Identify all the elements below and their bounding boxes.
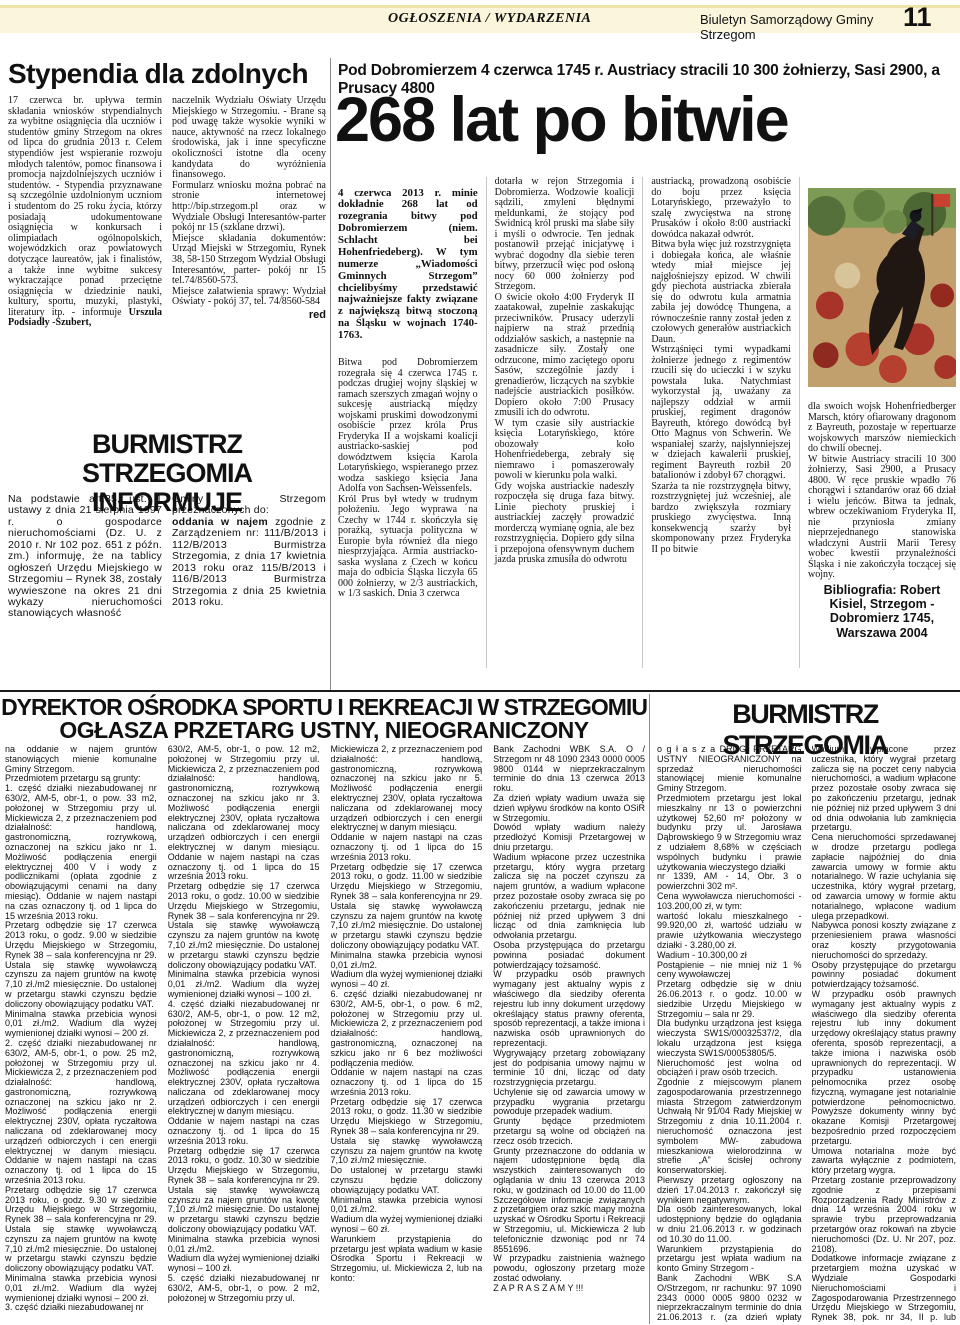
bi-col2-rest: zgodnie z Zarządzeniem nr: 111/B/2013 i … — [172, 516, 326, 608]
newspaper-page: { "header": { "section_label": "OGŁOSZEN… — [0, 0, 960, 1325]
osir-title-line2: OGŁASZA PRZETARG USTNY, NIEOGRANICZONY — [0, 717, 648, 744]
osir-column-4: Bank Zachodni WBK S.A. O / Strzegom nr 4… — [493, 745, 645, 1322]
bi-col2-bold: oddania w najem — [172, 516, 268, 528]
bitwa-column-1: 4 czerwca 2013 r. minie dokładnie 268 la… — [338, 177, 478, 668]
page-number: 11 — [903, 2, 932, 33]
bi-col2-intro: Gminy Strzegom przeznaczonych do: — [172, 494, 326, 516]
stypendia-column-2: naczelnik Wydziału Oświaty Urzędu Miejsk… — [172, 96, 326, 434]
stypendia-title: Stypendia dla zdolnych — [8, 58, 308, 90]
vertical-divider-bottom — [649, 694, 650, 1324]
burmistrz-auction-column-2: Wadium wpłacone przez uczestnika, który … — [812, 745, 957, 1322]
osir-column-2: 630/2, AM-5, obr-1, o pow. 12 m2, położo… — [168, 745, 320, 1322]
burmistrz-informuje-column-1: Na podstawie art.35, ust. 1 ustawy z dni… — [8, 494, 162, 674]
osir-column-3: Mickiewicza 2, z przeznaczeniem pod dzia… — [331, 745, 483, 1322]
bitwa-column-2: dotarła w rejon Strzegomia i Dobromierza… — [486, 177, 635, 668]
bitwa-col4-text: dla swoich wojsk Hohenfriedberger Marsch… — [808, 401, 956, 580]
burmistrz-informuje-title-line1: BURMISTRZ STRZEGOMIA — [8, 430, 326, 488]
bitwa-column-4: dla swoich wojsk Hohenfriedberger Marsch… — [799, 177, 956, 668]
bitwa-article: 4 czerwca 2013 r. minie dokładnie 268 la… — [338, 177, 956, 668]
burmistrz-informuje-column-2: Gminy Strzegom przeznaczonych do: oddani… — [172, 494, 326, 674]
bitwa-col1-text: Bitwa pod Dobromierzem rozegrała się 4 c… — [338, 357, 478, 599]
bulletin-name: Biuletyn Samorządowy Gminy Strzegom — [700, 12, 900, 42]
stypendia-column-1: 17 czerwca br. upływa termin składania w… — [8, 96, 162, 434]
horizontal-divider — [0, 690, 960, 692]
vertical-divider-left — [330, 58, 331, 690]
burmistrz-auction-body: o g ł a s z a DRUGI PRZETARG USTNY NIEOG… — [657, 745, 956, 1322]
stypendia-col2-text: naczelnik Wydziału Oświaty Urzędu Miejsk… — [172, 96, 326, 307]
stypendia-article: 17 czerwca br. upływa termin składania w… — [8, 96, 326, 434]
osir-auction-body: na oddanie w najem gruntów stanowiących … — [5, 745, 645, 1322]
stypendia-col1-text: 17 czerwca br. upływa termin składania w… — [8, 96, 162, 318]
burmistrz-informuje-body: Na podstawie art.35, ust. 1 ustawy z dni… — [8, 494, 326, 674]
osir-column-1: na oddanie w najem gruntów stanowiących … — [5, 745, 157, 1322]
bitwa-column-3: austriacką, prowadzoną osobiście do boju… — [642, 177, 791, 668]
stypendia-byline: red — [172, 310, 326, 322]
bitwa-title: 268 lat po bitwie — [335, 84, 788, 156]
burmistrz-auction-column-1: o g ł a s z a DRUGI PRZETARG USTNY NIEOG… — [657, 745, 802, 1322]
section-label: OGŁOSZENIA / WYDARZENIA — [388, 11, 591, 27]
bitwa-bibliography: Bibliografia: Robert Kisiel, Strzegom - … — [808, 583, 956, 641]
bitwa-lead: 4 czerwca 2013 r. minie dokładnie 268 la… — [338, 188, 478, 342]
battle-painting-image — [808, 188, 956, 387]
